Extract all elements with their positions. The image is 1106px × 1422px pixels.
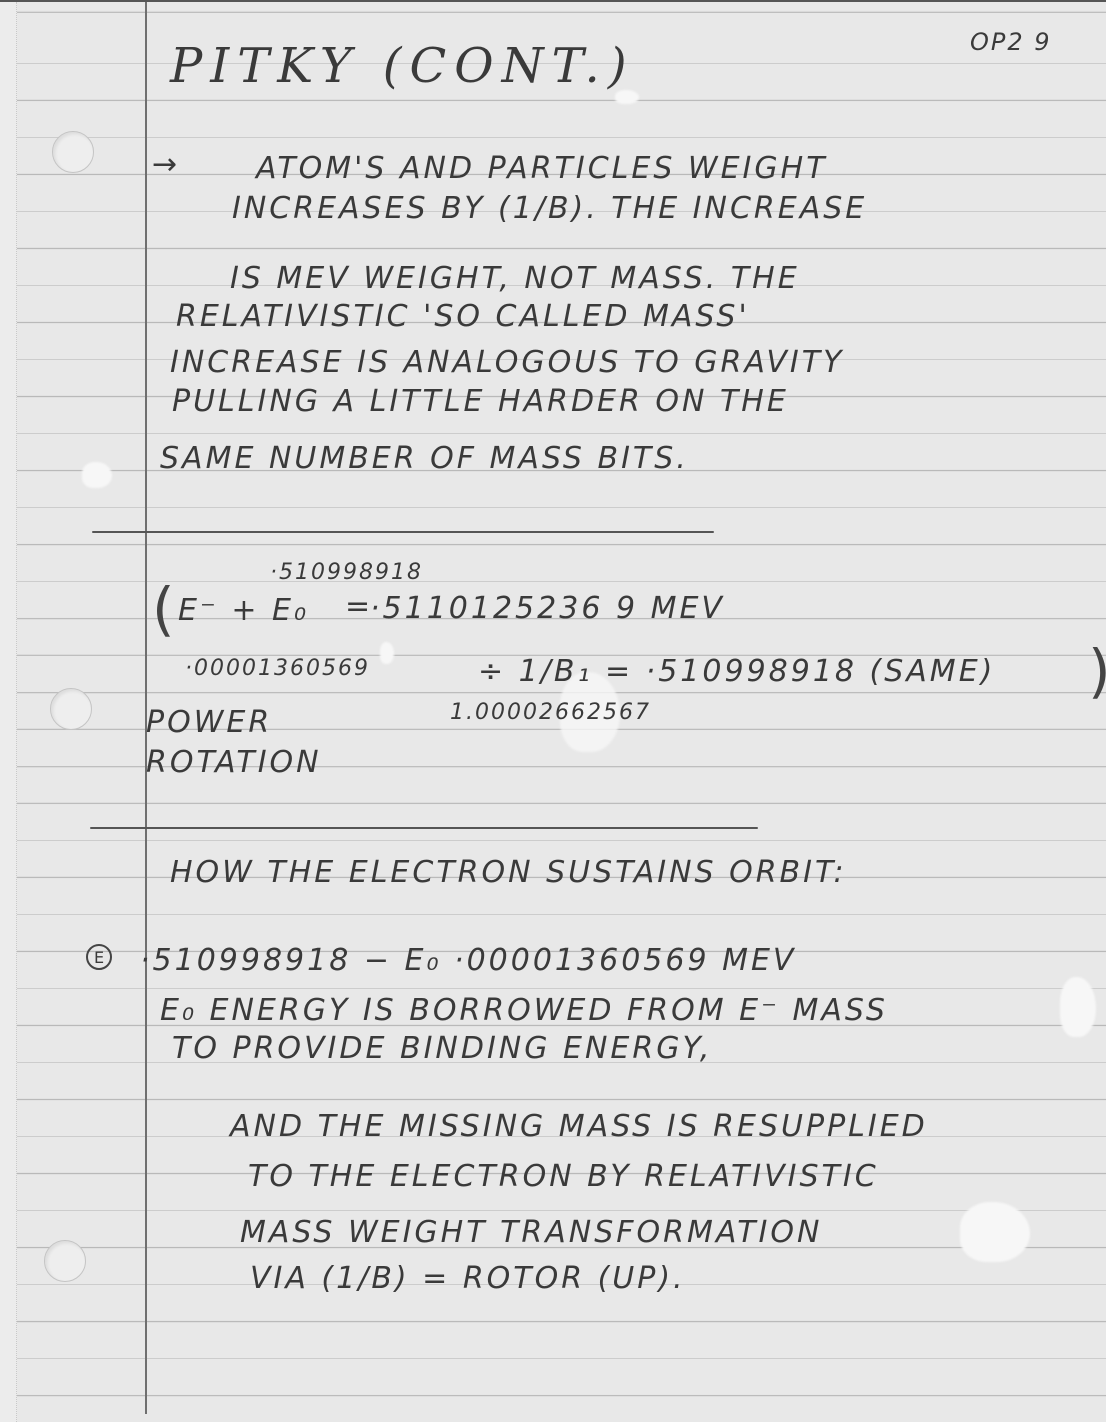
text-line: TO THE ELECTRON BY RELATIVISTIC — [248, 1162, 879, 1192]
text-line: AND THE MISSING MASS IS RESUPPLIED — [230, 1112, 928, 1142]
paper-smudge — [960, 1202, 1030, 1262]
superscript-value: ·510998918 — [270, 562, 423, 584]
binder-hole — [52, 131, 94, 173]
text-line: PULLING A LITTLE HARDER ON THE — [172, 387, 789, 417]
text-line: INCREASES BY (1/β). THE INCREASE — [232, 194, 867, 224]
paper-smudge — [380, 642, 394, 664]
text-line: VIA (1/β) = ROTOR (UP). — [250, 1264, 686, 1294]
divider-stroke — [92, 531, 714, 533]
label-power: POWER — [146, 708, 272, 738]
circled-e-symbol: E — [86, 944, 112, 970]
text-line: MASS WEIGHT TRANSFORMATION — [240, 1218, 822, 1248]
divider-stroke — [90, 827, 758, 829]
text-line: SAME NUMBER OF MASS BITS. — [160, 444, 689, 474]
equation-lhs: E⁻ + E₀ — [178, 596, 309, 626]
text-line: RELATIVISTIC 'SO CALLED MASS' — [176, 302, 750, 332]
close-bracket: ) — [1088, 642, 1106, 700]
open-bracket: ( — [152, 580, 175, 638]
equals-sign: = — [345, 592, 373, 622]
division-expression: ÷ 1/β₁ = ·510998918 (SAME) — [478, 657, 995, 687]
page-edge — [0, 2, 17, 1422]
text-line: INCREASE IS ANALOGOUS TO GRAVITY — [170, 348, 844, 378]
section-heading: HOW THE ELECTRON SUSTAINS ORBIT: — [170, 858, 847, 888]
text-line: TO PROVIDE BINDING ENERGY, — [172, 1034, 712, 1064]
text-line: IS MEV WEIGHT, NOT MASS. THE — [230, 264, 800, 294]
arrow-icon: → — [152, 150, 177, 180]
page-title: PITKY (CONT.) — [170, 42, 635, 90]
equation-rhs: ·5110125236 9 MEV — [370, 594, 725, 624]
binder-hole — [50, 688, 92, 730]
e0-value: ·00001360569 — [185, 658, 370, 680]
paper-smudge — [1060, 977, 1096, 1037]
notebook-page: PITKY (CONT.) OP2 9 → ATOM'S AND PARTICL… — [0, 0, 1106, 1422]
beta-value: 1.00002662567 — [450, 702, 651, 724]
label-rotation: ROTATION — [146, 748, 322, 778]
text-line: ATOM'S AND PARTICLES WEIGHT — [256, 154, 828, 184]
page-number: OP2 9 — [970, 30, 1052, 54]
text-line: E₀ ENERGY IS BORROWED FROM E⁻ MASS — [160, 996, 888, 1026]
orbit-equation: ·510998918 − E₀ ·00001360569 MEV — [140, 946, 796, 976]
binder-hole — [44, 1240, 86, 1282]
paper-smudge — [82, 462, 112, 488]
